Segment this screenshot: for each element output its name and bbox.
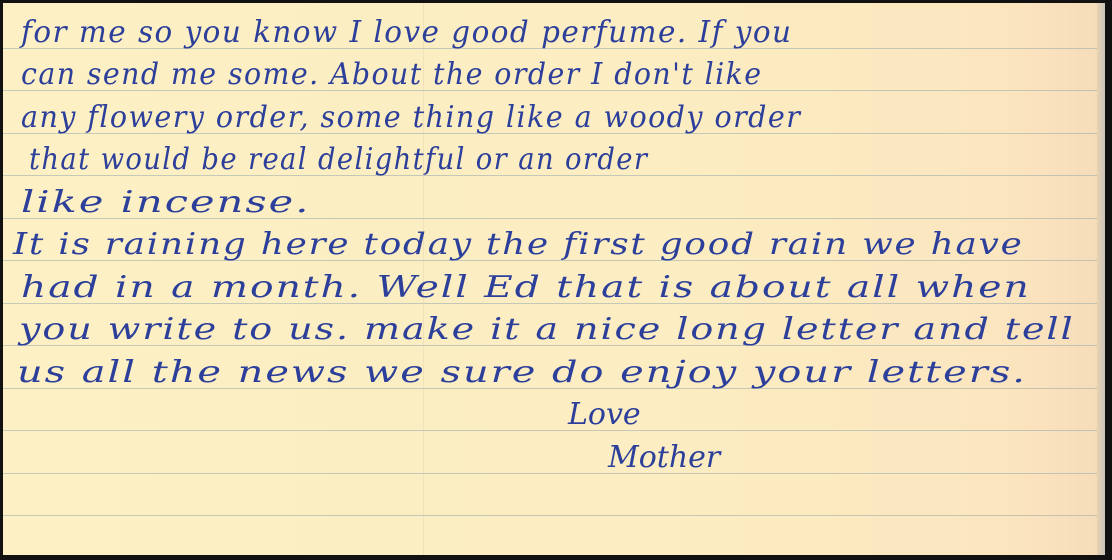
rule-line bbox=[3, 473, 1105, 474]
letter-line-3: any flowery order, some thing like a woo… bbox=[21, 100, 1011, 135]
letter-page: for me so you know I love good perfume. … bbox=[3, 3, 1105, 555]
letter-signature: Mother bbox=[608, 440, 720, 475]
letter-line-6: It is raining here today the first good … bbox=[13, 227, 1024, 262]
letter-line-5: like incense. bbox=[21, 185, 311, 220]
rule-line bbox=[3, 515, 1105, 516]
letter-line-9: us all the news we sure do enjoy your le… bbox=[17, 355, 1027, 390]
rule-line bbox=[3, 430, 1105, 431]
letter-line-2: can send me some. About the order I don'… bbox=[21, 57, 1006, 92]
letter-closing: Love bbox=[568, 397, 641, 432]
letter-line-8: you write to us. make it a nice long let… bbox=[19, 312, 1075, 347]
letter-line-4: that would be real delightful or an orde… bbox=[29, 142, 979, 177]
scan-frame: for me so you know I love good perfume. … bbox=[0, 0, 1112, 560]
letter-line-1: for me so you know I love good perfume. … bbox=[21, 15, 1041, 50]
letter-line-7: had in a month. Well Ed that is about al… bbox=[21, 270, 1031, 305]
